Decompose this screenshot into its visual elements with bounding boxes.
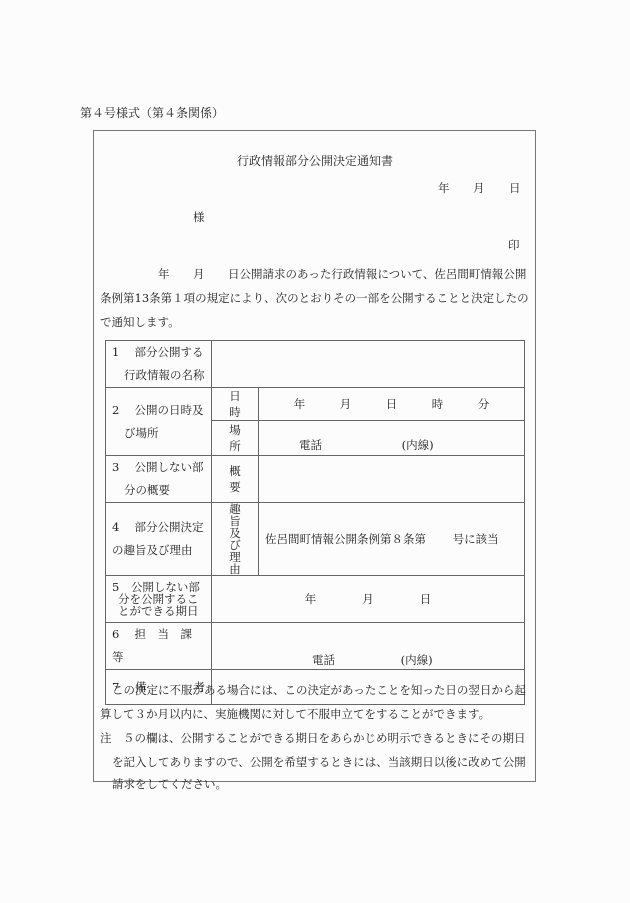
phone-label: 電話: [312, 653, 335, 667]
label-undisclosed-summary: 3 公開しない部 分の概要: [106, 456, 212, 503]
intro-month: 月: [193, 266, 205, 282]
label-info-name: 1 部分公開する 行政情報の名称: [106, 341, 212, 388]
label-datetime: 日 時: [212, 388, 259, 421]
note-line3: 請求をしてください。: [112, 776, 227, 792]
label-place: 場 所: [212, 421, 259, 456]
value-department[interactable]: 電話 (内線): [212, 623, 525, 670]
table-row-department: 6 担 当 課 等 電話 (内線): [106, 623, 525, 670]
table-row-info-name: 1 部分公開する 行政情報の名称: [106, 341, 525, 388]
table-row-undisclosed-summary: 3 公開しない部 分の概要 概 要: [106, 456, 525, 503]
phone-label: 電話: [299, 438, 322, 452]
decision-table: 1 部分公開する 行政情報の名称 2 公開の日時及 び場所 日 時 年 月 日 …: [105, 340, 525, 705]
value-summary[interactable]: [259, 456, 525, 503]
extension-label: (内線): [401, 653, 433, 667]
table-row-reason: 4 部分公開決定 の趣旨及び理由 趣 旨 及 び 理 由 佐呂間町情報公開条例第…: [106, 503, 525, 576]
appeal-line1: この決定に不服がある場合には、この決定があったことを知った日の翌日から起: [112, 682, 526, 698]
note-line2: を記入してありますので、公開を希望するときには、当該期日以後に改めて公開: [112, 754, 526, 770]
extension-label: (内線): [402, 438, 434, 452]
value-reason[interactable]: 佐呂間町情報公開条例第８条第 号に該当: [259, 503, 525, 576]
label-disclosable-date: 5 公開しない部 分を公開するこ とができる期日: [106, 576, 212, 623]
label-disclosure-datetime-place: 2 公開の日時及 び場所: [106, 388, 212, 456]
table-row-disclosable-date: 5 公開しない部 分を公開するこ とができる期日 年 月 日: [106, 576, 525, 623]
seal-mark: 印: [508, 237, 520, 253]
table-row-datetime: 2 公開の日時及 び場所 日 時 年 月 日 時 分: [106, 388, 525, 421]
appeal-line2: 算して３か月以内に、実施機関に対して不服申立てをすることができます。: [100, 706, 490, 722]
label-department: 6 担 当 課 等: [106, 623, 212, 670]
intro-year: 年: [158, 266, 170, 282]
value-disclosable-date[interactable]: 年 月 日: [212, 576, 525, 623]
addressee-suffix: 様: [193, 209, 205, 225]
date-day: 日: [509, 180, 521, 196]
intro-line3: で通知します。: [100, 314, 180, 330]
form-number-label: 第４号様式（第４条関係）: [80, 104, 224, 121]
label-summary: 概 要: [212, 456, 259, 503]
note-line1: 注 ５の欄は、公開することができる期日をあらかじめ明示できるときにその期日: [100, 730, 526, 746]
intro-line1: 日公開請求のあった行政情報について、佐呂間町情報公開: [228, 266, 526, 282]
date-month: 月: [473, 180, 485, 196]
label-purpose-reason: 趣 旨 及 び 理 由: [212, 503, 259, 576]
value-place[interactable]: 電話 (内線): [259, 421, 525, 456]
label-decision-reason: 4 部分公開決定 の趣旨及び理由: [106, 503, 212, 576]
value-info-name[interactable]: [212, 341, 525, 388]
date-year: 年: [438, 180, 450, 196]
document-title: 行政情報部分公開決定通知書: [0, 152, 630, 169]
value-datetime[interactable]: 年 月 日 時 分: [259, 388, 525, 421]
intro-line2: 条例第13条第１項の規定により、次のとおりその一部を公開することと決定したの: [100, 290, 529, 306]
